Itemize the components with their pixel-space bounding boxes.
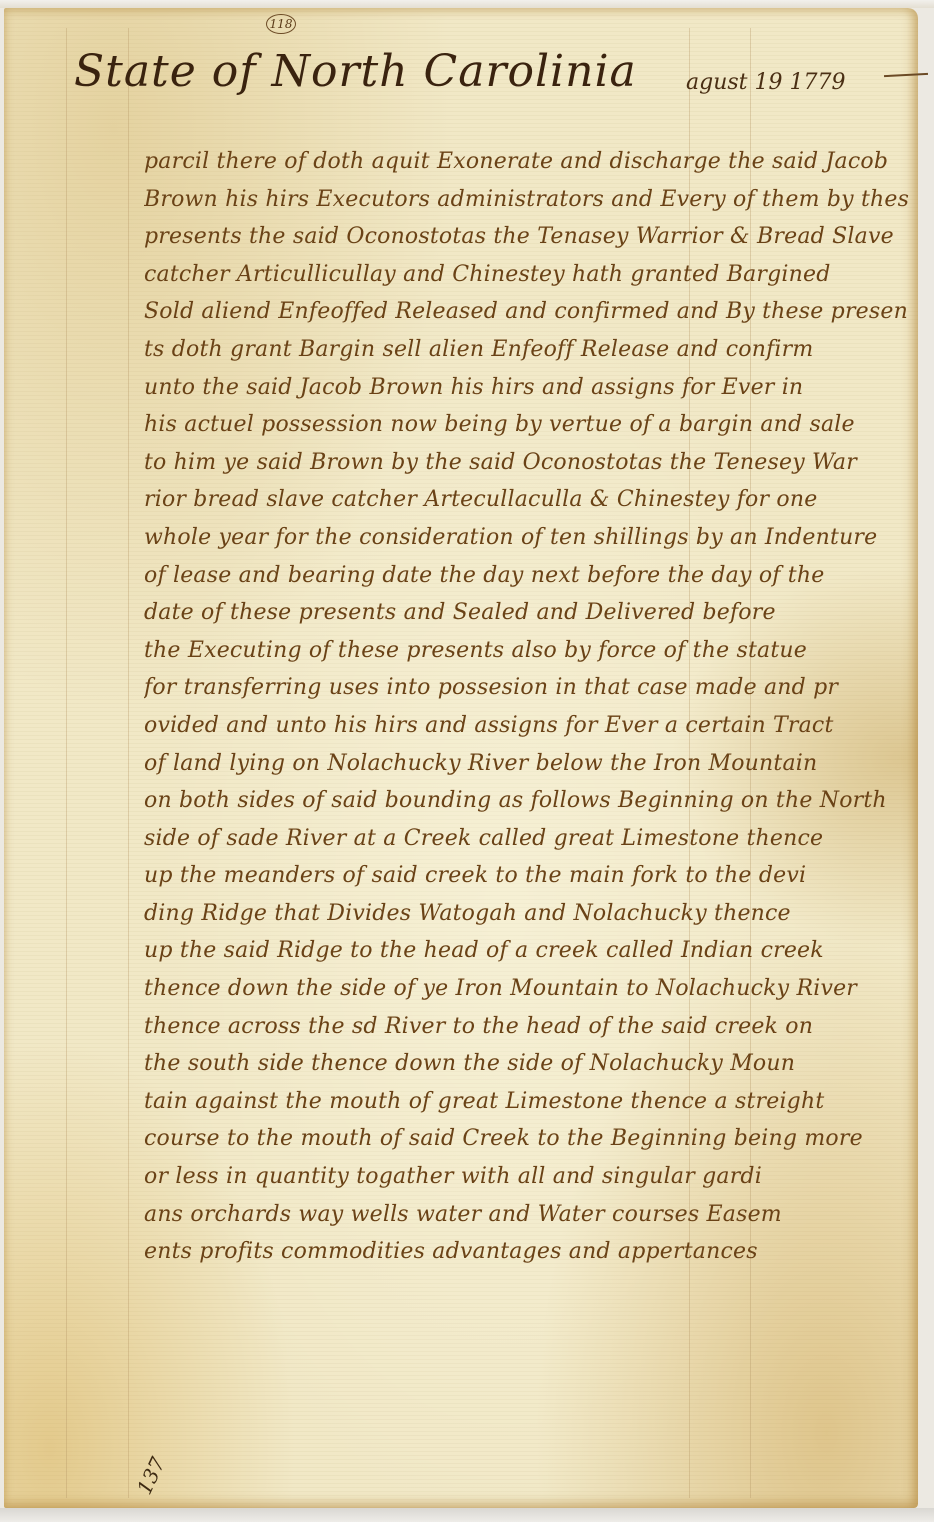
manuscript-body: parcil there of doth aquit Exonerate and… <box>144 143 926 1271</box>
ruled-margin-line <box>128 28 129 1498</box>
text-line: thence across the sd River to the head o… <box>144 1008 926 1046</box>
text-line: his actuel possession now being by vertu… <box>144 406 926 444</box>
text-line: of lease and bearing date the day next b… <box>144 557 926 595</box>
manuscript-scan: 118 State of North Carolinia agust 19 17… <box>0 0 934 1522</box>
text-line: ovided and unto his hirs and assigns for… <box>144 707 926 745</box>
text-line: up the meanders of said creek to the mai… <box>144 857 926 895</box>
text-line: ts doth grant Bargin sell alien Enfeoff … <box>144 331 926 369</box>
text-line: up the said Ridge to the head of a creek… <box>144 932 926 970</box>
text-line: the south side thence down the side of N… <box>144 1045 926 1083</box>
text-line: thence down the side of ye Iron Mountain… <box>144 970 926 1008</box>
text-line: for transferring uses into possesion in … <box>144 669 926 707</box>
text-line: parcil there of doth aquit Exonerate and… <box>144 143 926 181</box>
text-line: Brown his hirs Executors administrators … <box>144 181 926 219</box>
text-line: unto the said Jacob Brown his hirs and a… <box>144 369 926 407</box>
text-line: the Executing of these presents also by … <box>144 632 926 670</box>
text-line: catcher Articullicullay and Chinestey ha… <box>144 256 926 294</box>
text-line: course to the mouth of said Creek to the… <box>144 1120 926 1158</box>
folio-number: 118 <box>266 14 296 34</box>
text-line: presents the said Oconostotas the Tenase… <box>144 218 926 256</box>
text-line: ans orchards way wells water and Water c… <box>144 1196 926 1234</box>
text-line: rior bread slave catcher Artecullaculla … <box>144 481 926 519</box>
text-line: of land lying on Nolachucky River below … <box>144 745 926 783</box>
manuscript-page: 118 State of North Carolinia agust 19 17… <box>4 8 918 1508</box>
ruled-margin-line <box>66 28 67 1498</box>
text-line: or less in quantity togather with all an… <box>144 1158 926 1196</box>
margin-page-number: 137 <box>132 1453 170 1498</box>
text-line: Sold aliend Enfeoffed Released and confi… <box>144 293 926 331</box>
text-line: date of these presents and Sealed and De… <box>144 594 926 632</box>
scan-top-edge <box>0 0 934 8</box>
text-line: ents profits commodities advantages and … <box>144 1233 926 1271</box>
text-line: to him ye said Brown by the said Oconost… <box>144 444 926 482</box>
scan-bottom-edge <box>0 1508 934 1522</box>
heading-date: agust 19 1779 <box>686 70 845 95</box>
text-line: side of sade River at a Creek called gre… <box>144 820 926 858</box>
text-line: whole year for the consideration of ten … <box>144 519 926 557</box>
text-line: ding Ridge that Divides Watogah and Nola… <box>144 895 926 933</box>
text-line: tain against the mouth of great Limeston… <box>144 1083 926 1121</box>
text-line: on both sides of said bounding as follow… <box>144 782 926 820</box>
heading-flourish <box>884 73 928 77</box>
